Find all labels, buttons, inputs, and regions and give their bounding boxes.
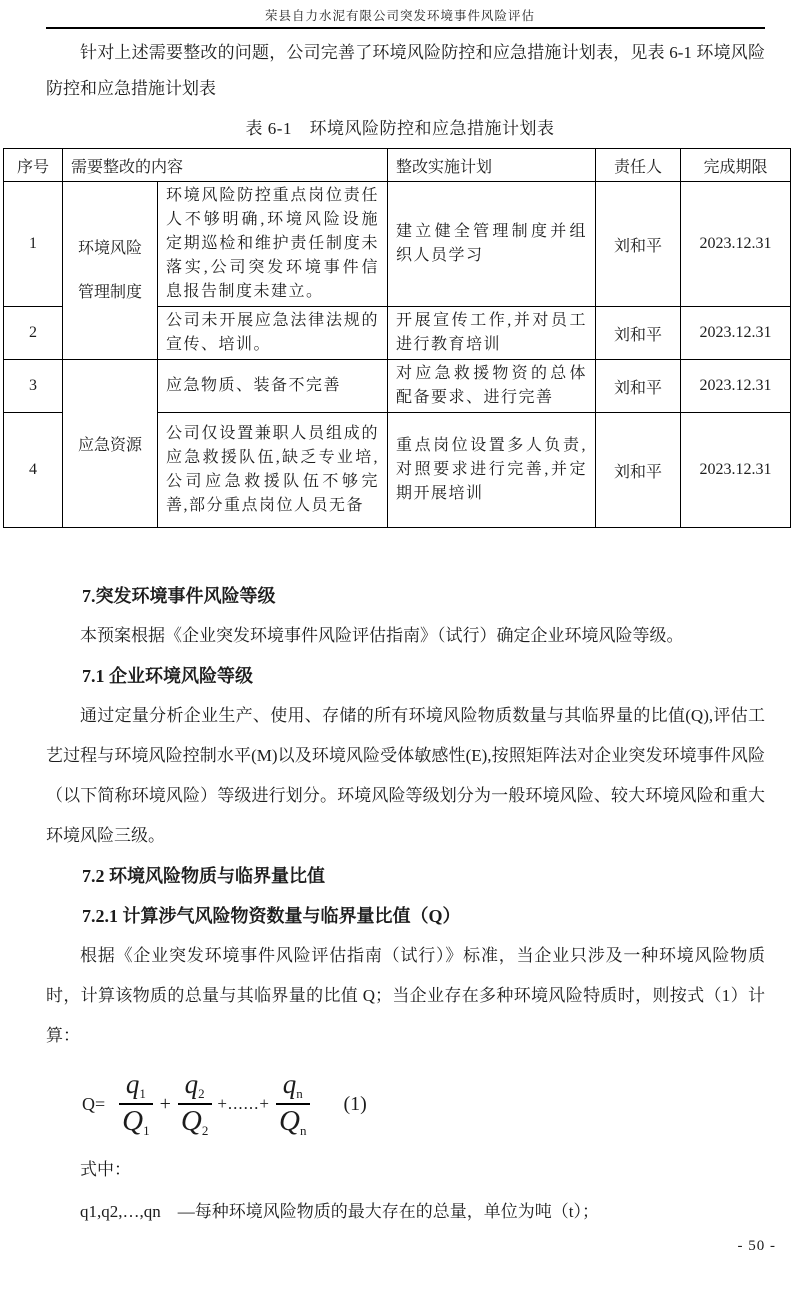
category-cell: 环境风险管理制度: [63, 182, 158, 360]
deadline-cell: 2023.12.31: [681, 182, 791, 307]
category-label: 环境风险管理制度: [76, 227, 143, 315]
document-header-title: 荣县自力水泥有限公司突发环境事件风险评估: [0, 0, 800, 24]
row-no: 1: [4, 182, 63, 307]
plan-cell: 重点岗位设置多人负责,对照要求进行完善,并定期开展培训: [388, 413, 596, 528]
person-cell: 刘和平: [596, 182, 681, 307]
deadline-cell: 2023.12.31: [681, 360, 791, 413]
deadline-cell: 2023.12.31: [681, 413, 791, 528]
ellipsis-operator: +......+: [217, 1094, 270, 1114]
table-caption: 表 6-1 环境风险防控和应急措施计划表: [0, 114, 800, 139]
equation-number: (1): [343, 1093, 366, 1116]
issue-cell: 公司未开展应急法律法规的宣传、培训。: [158, 307, 388, 360]
formula-lhs: Q=: [82, 1094, 105, 1115]
issue-cell: 环境风险防控重点岗位责任人不够明确,环境风险设施定期巡检和维护责任制度未落实,公…: [158, 182, 388, 307]
formula-fraction-1: q1 Q1: [115, 1070, 156, 1138]
plan-cell: 开展宣传工作,并对员工进行教育培训: [388, 307, 596, 360]
category-label: 应急资源: [71, 432, 149, 455]
col-header-deadline: 完成期限: [681, 149, 791, 182]
category-cell: 应急资源: [63, 360, 158, 528]
section-7-heading: 7.突发环境事件风险等级: [46, 576, 765, 616]
issue-cell: 应急物质、装备不完善: [158, 360, 388, 413]
formula-fraction-n: qn Qn: [272, 1070, 313, 1138]
issue-cell: 公司仅设置兼职人员组成的应急救援队伍,缺乏专业培,公司应急救援队伍不够完善,部分…: [158, 413, 388, 528]
person-cell: 刘和平: [596, 307, 681, 360]
page-number: - 50 -: [738, 1238, 777, 1255]
row-no: 4: [4, 413, 63, 528]
section-7-1-heading: 7.1 企业环境风险等级: [46, 656, 765, 696]
section-7-paragraph: 本预案根据《企业突发环境事件风险评估指南》（试行）确定企业环境风险等级。: [46, 616, 765, 656]
remediation-plan-table: 序号 需要整改的内容 整改实施计划 责任人 完成期限 1 环境风险管理制度 环境…: [3, 148, 791, 528]
intro-paragraph: 针对上述需要整改的问题，公司完善了环境风险防控和应急措施计划表，见表 6-1 环…: [46, 35, 765, 107]
col-header-plan: 整改实施计划: [388, 149, 596, 182]
formula-where-label: 式中：: [46, 1150, 765, 1190]
person-cell: 刘和平: [596, 413, 681, 528]
deadline-cell: 2023.12.31: [681, 307, 791, 360]
section-7-1-paragraph: 通过定量分析企业生产、使用、存储的所有环境风险物质数量与其临界量的比值(Q),评…: [46, 696, 765, 856]
row-no: 3: [4, 360, 63, 413]
table-header-row: 序号 需要整改的内容 整改实施计划 责任人 完成期限: [4, 149, 791, 182]
plan-cell: 对应急救援物资的总体配备要求、进行完善: [388, 360, 596, 413]
table-row: 1 环境风险管理制度 环境风险防控重点岗位责任人不够明确,环境风险设施定期巡检和…: [4, 182, 791, 307]
section-7-2-1-paragraph: 根据《企业突发环境事件风险评估指南（试行）》标准，当企业只涉及一种环境风险物质时…: [46, 936, 765, 1056]
document-page: 荣县自力水泥有限公司突发环境事件风险评估 针对上述需要整改的问题，公司完善了环境…: [0, 0, 800, 1290]
formula-fraction-2: q2 Q2: [174, 1070, 215, 1138]
plus-operator: +: [160, 1093, 171, 1116]
col-header-no: 序号: [4, 149, 63, 182]
plan-cell: 建立健全管理制度并组织人员学习: [388, 182, 596, 307]
header-rule: [46, 27, 765, 29]
formula-q-definition: q1,q2,…,qn —每种环境风险物质的最大存在的总量，单位为吨（t）；: [46, 1192, 765, 1232]
col-header-issue: 需要整改的内容: [63, 149, 388, 182]
person-cell: 刘和平: [596, 360, 681, 413]
section-7-2-1-heading: 7.2.1 计算涉气风险物资数量与临界量比值（Q）: [46, 896, 765, 936]
section-7-2-heading: 7.2 环境风险物质与临界量比值: [46, 856, 765, 896]
formula-q-equation: Q= q1 Q1 + q2 Q2 +......+ qn Qn (1): [46, 1062, 765, 1146]
col-header-person: 责任人: [596, 149, 681, 182]
formula-expression: Q= q1 Q1 + q2 Q2 +......+ qn Qn (1): [82, 1070, 367, 1138]
row-no: 2: [4, 307, 63, 360]
table-row: 3 应急资源 应急物质、装备不完善 对应急救援物资的总体配备要求、进行完善 刘和…: [4, 360, 791, 413]
